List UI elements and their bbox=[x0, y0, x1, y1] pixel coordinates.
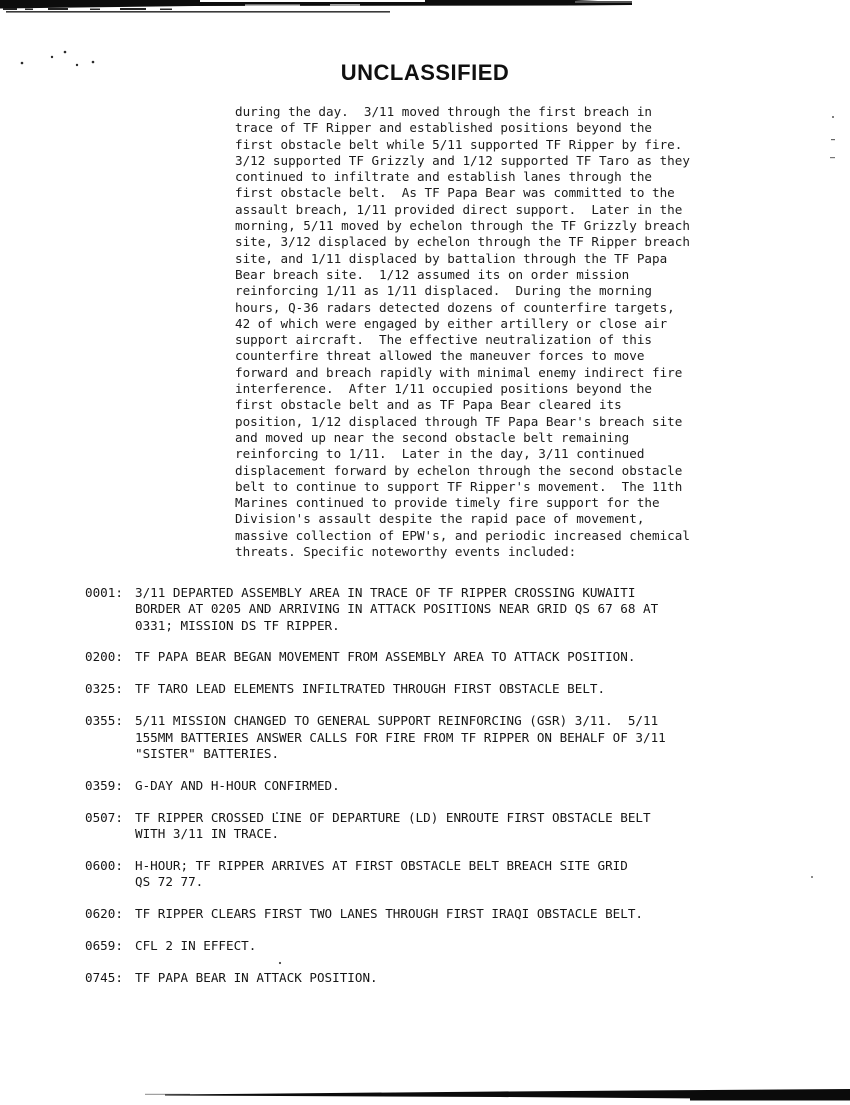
log-entry: 0359: G-DAY AND H-HOUR CONFIRMED. bbox=[85, 778, 666, 794]
scan-artifact-top bbox=[0, 0, 632, 13]
log-entry-time: 0200: bbox=[85, 649, 135, 665]
log-entry-text: TF RIPPER CROSSED LINE OF DEPARTURE (LD)… bbox=[135, 810, 651, 843]
log-entry-time: 0659: bbox=[85, 938, 135, 954]
log-entry-time: 0355: bbox=[85, 713, 135, 729]
log-entry-text: TF PAPA BEAR IN ATTACK POSITION. bbox=[135, 970, 378, 986]
log-entry: 0600: H-HOUR; TF RIPPER ARRIVES AT FIRST… bbox=[85, 858, 666, 891]
log-entry-time: 0745: bbox=[85, 970, 135, 986]
narrative-paragraph: during the day. 3/11 moved through the f… bbox=[235, 104, 690, 560]
log-entry-text: 3/11 DEPARTED ASSEMBLY AREA IN TRACE OF … bbox=[135, 585, 658, 634]
classification-header: UNCLASSIFIED bbox=[0, 61, 850, 84]
log-entry: 0001: 3/11 DEPARTED ASSEMBLY AREA IN TRA… bbox=[85, 585, 666, 634]
log-entry: 0620: TF RIPPER CLEARS FIRST TWO LANES T… bbox=[85, 906, 666, 922]
log-entry-time: 0600: bbox=[85, 858, 135, 874]
log-entry-time: 0001: bbox=[85, 585, 135, 601]
log-entry-text: TF RIPPER CLEARS FIRST TWO LANES THROUGH… bbox=[135, 906, 643, 922]
log-entry-text: TF PAPA BEAR BEGAN MOVEMENT FROM ASSEMBL… bbox=[135, 649, 635, 665]
scanned-document-page: UNCLASSIFIED during the day. 3/11 moved … bbox=[0, 0, 850, 1105]
log-entry: 0355: 5/11 MISSION CHANGED TO GENERAL SU… bbox=[85, 713, 666, 762]
log-entry-time: 0507: bbox=[85, 810, 135, 826]
log-entry-time: 0359: bbox=[85, 778, 135, 794]
log-entry-text: 5/11 MISSION CHANGED TO GENERAL SUPPORT … bbox=[135, 713, 666, 762]
log-entry: 0325: TF TARO LEAD ELEMENTS INFILTRATED … bbox=[85, 681, 666, 697]
log-entry: 0200: TF PAPA BEAR BEGAN MOVEMENT FROM A… bbox=[85, 649, 666, 665]
log-entry-text: CFL 2 IN EFFECT. bbox=[135, 938, 256, 954]
log-entry: 0745: TF PAPA BEAR IN ATTACK POSITION. bbox=[85, 970, 666, 986]
log-entry-time: 0325: bbox=[85, 681, 135, 697]
log-entry: 0507: TF RIPPER CROSSED LINE OF DEPARTUR… bbox=[85, 810, 666, 843]
log-entry-text: TF TARO LEAD ELEMENTS INFILTRATED THROUG… bbox=[135, 681, 605, 697]
log-entry-text: H-HOUR; TF RIPPER ARRIVES AT FIRST OBSTA… bbox=[135, 858, 628, 891]
scan-artifact-bottom bbox=[145, 1089, 850, 1101]
log-entry-text: G-DAY AND H-HOUR CONFIRMED. bbox=[135, 778, 340, 794]
log-entry-time: 0620: bbox=[85, 906, 135, 922]
log-entry: 0659: CFL 2 IN EFFECT. bbox=[85, 938, 666, 954]
event-log: 0001: 3/11 DEPARTED ASSEMBLY AREA IN TRA… bbox=[85, 585, 666, 1002]
